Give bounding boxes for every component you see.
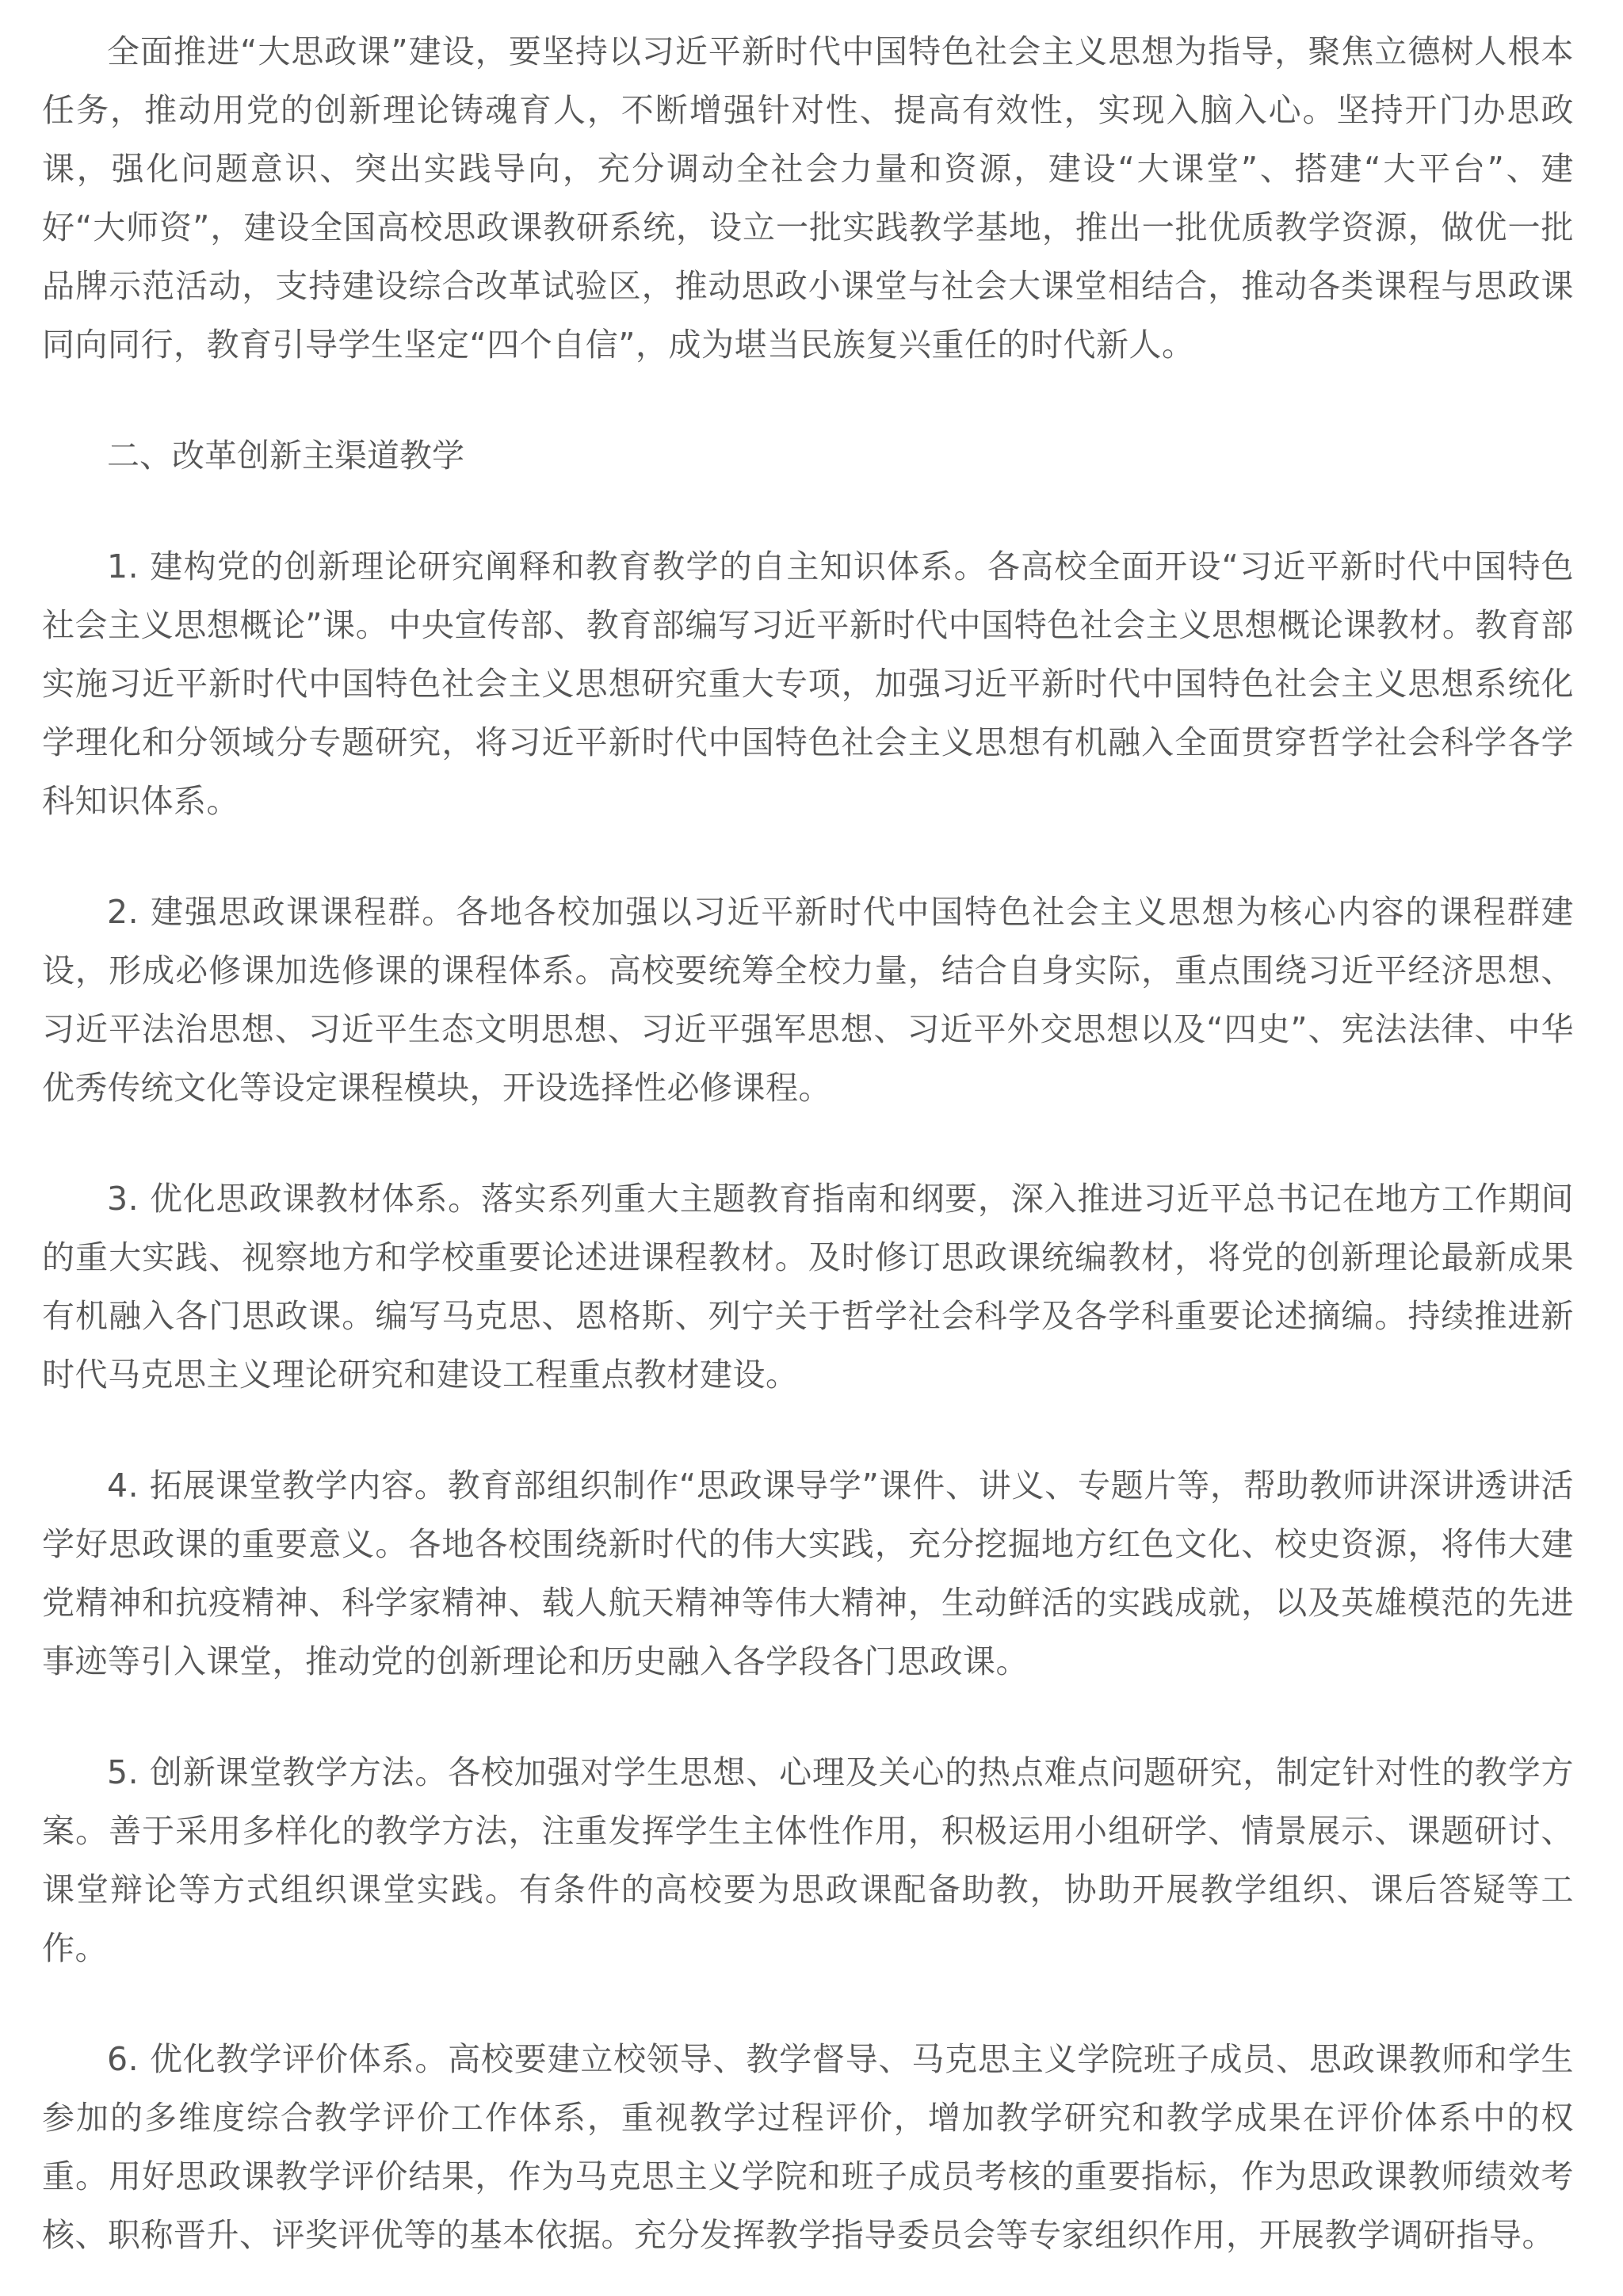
list-item-4: 4. 拓展课堂教学内容。教育部组织制作“思政课导学”课件、讲义、专题片等，帮助教… (42, 1456, 1574, 1691)
article-body: 全面推进“大思政课”建设，要坚持以习近平新时代中国特色社会主义思想为指导，聚焦立… (0, 0, 1623, 2264)
list-item-5: 5. 创新课堂教学方法。各校加强对学生思想、心理及关心的热点难点问题研究，制定针… (42, 1743, 1574, 1978)
section-heading: 二、改革创新主渠道教学 (42, 426, 1574, 485)
list-item-6: 6. 优化教学评价体系。高校要建立校领导、教学督导、马克思主义学院班子成员、思政… (42, 2030, 1574, 2264)
list-item-2: 2. 建强思政课课程群。各地各校加强以习近平新时代中国特色社会主义思想为核心内容… (42, 883, 1574, 1117)
list-item-3: 3. 优化思政课教材体系。落实系列重大主题教育指南和纲要，深入推进习近平总书记在… (42, 1169, 1574, 1404)
intro-paragraph: 全面推进“大思政课”建设，要坚持以习近平新时代中国特色社会主义思想为指导，聚焦立… (42, 22, 1574, 374)
list-item-1: 1. 建构党的创新理论研究阐释和教育教学的自主知识体系。各高校全面开设“习近平新… (42, 537, 1574, 830)
